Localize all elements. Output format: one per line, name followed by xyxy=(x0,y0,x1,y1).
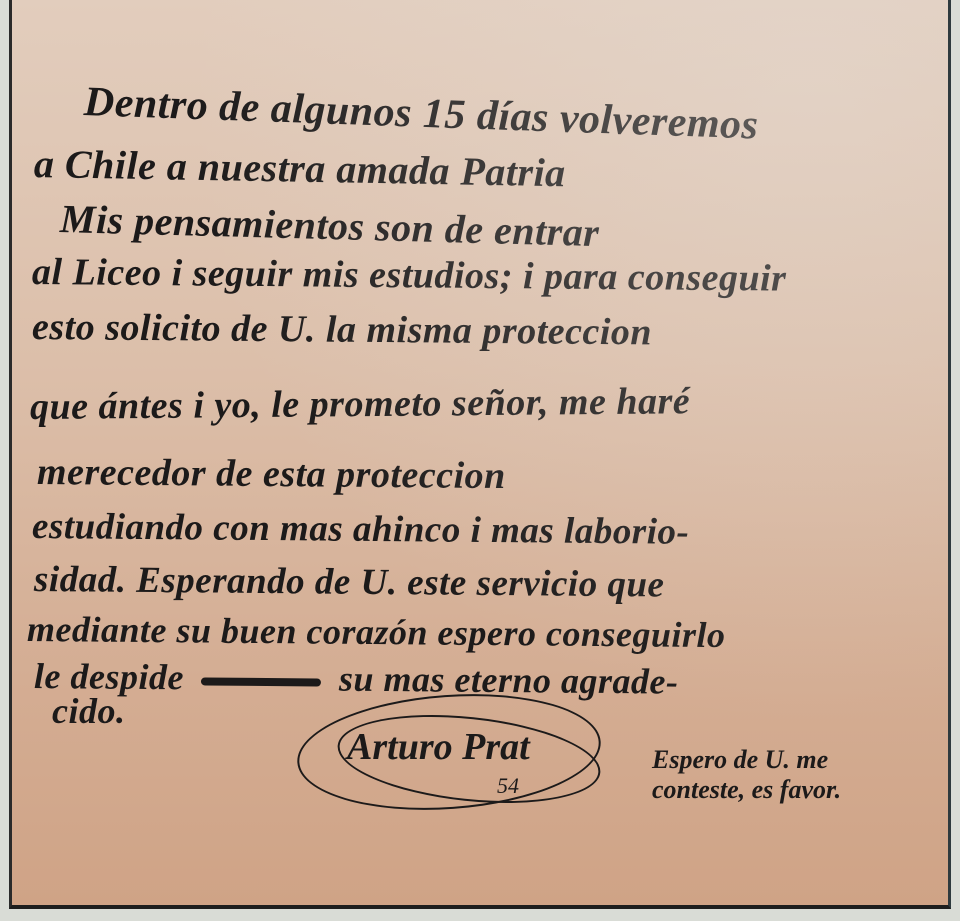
signature: Arturo Prat 54 xyxy=(297,695,627,815)
letter-line-3: Mis pensamientos son de entrar xyxy=(59,195,600,256)
letter-line-4: al Liceo i seguir mis estudios; i para c… xyxy=(32,250,787,301)
letter-line-8: estudiando con mas ahinco i mas laborio- xyxy=(32,505,690,554)
letter-line-12: cido. xyxy=(52,690,125,732)
signature-name: Arturo Prat xyxy=(347,725,530,769)
letter-line-5: esto solicito de U. la misma proteccion xyxy=(32,305,652,354)
letter-line-1: Dentro de algunos 15 días volveremos xyxy=(83,78,759,150)
postscript-line-1: Espero de U. me xyxy=(652,745,841,775)
postscript: Espero de U. me conteste, es favor. xyxy=(652,745,841,805)
letter-page: Dentro de algunos 15 días volveremos a C… xyxy=(9,0,951,909)
letter-line-7: merecedor de esta proteccion xyxy=(37,450,506,498)
letter-line-9: sidad. Esperando de U. este servicio que xyxy=(34,558,665,607)
letter-line-10: mediante su buen corazón espero consegui… xyxy=(27,608,726,656)
letter-line-2: a Chile a nuestra amada Patria xyxy=(34,140,566,196)
signature-number: 54 xyxy=(497,773,519,799)
letter-line-6: que ántes i yo, le prometo señor, me har… xyxy=(30,379,691,429)
postscript-line-2: conteste, es favor. xyxy=(652,775,841,805)
struck-out-word xyxy=(201,677,321,686)
